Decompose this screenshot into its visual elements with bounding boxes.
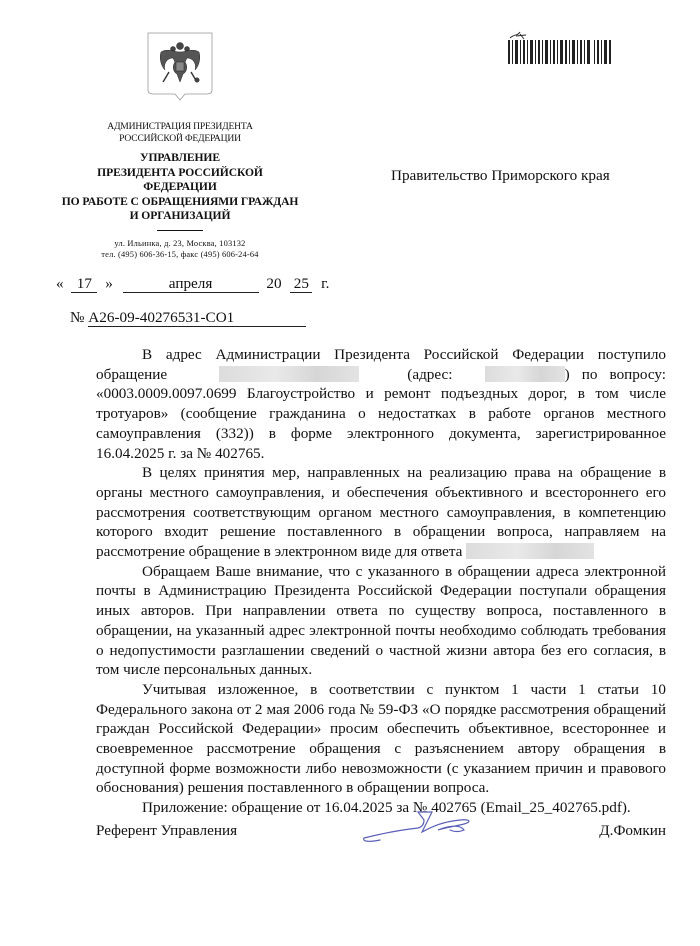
signer-name: Д.Фомкин <box>599 822 666 840</box>
date-open-quote: « <box>56 275 64 293</box>
document-date: « 17 » апреля 20 25 г. <box>56 275 329 293</box>
redacted-email <box>485 366 565 382</box>
org-address-line1: ул. Ильинка, д. 23, Москва, 103132 <box>60 238 300 249</box>
date-month: апреля <box>123 275 259 293</box>
paragraph-4: Учитывая изложенное, в соответствии с пу… <box>96 680 666 798</box>
handwritten-signature-icon <box>360 808 480 844</box>
org-main-line1: УПРАВЛЕНИЕ <box>60 151 300 166</box>
barcode-icon <box>506 30 614 64</box>
paragraph-1: В адрес Администрации Президента Российс… <box>96 345 666 463</box>
russian-coat-of-arms-icon <box>147 32 213 102</box>
date-century: 20 <box>266 275 281 293</box>
recipient: Правительство Приморского края <box>391 167 610 185</box>
date-year: 25 <box>290 275 312 293</box>
registration-value: А26-09-40276531-СО1 <box>88 309 306 327</box>
signer-position: Референт Управления <box>96 822 237 840</box>
divider <box>157 230 203 231</box>
letterhead: АДМИНИСТРАЦИЯ ПРЕЗИДЕНТА РОССИЙСКОЙ ФЕДЕ… <box>60 121 300 260</box>
date-day: 17 <box>71 275 97 293</box>
date-close-quote: » <box>105 275 113 293</box>
date-suffix: г. <box>321 275 329 293</box>
org-top-line2: РОССИЙСКОЙ ФЕДЕРАЦИИ <box>60 133 300 145</box>
registration-number: № А26-09-40276531-СО1 <box>70 309 306 327</box>
letter-body: В адрес Администрации Президента Российс… <box>96 345 666 818</box>
org-main-line4: И ОРГАНИЗАЦИЙ <box>60 209 300 224</box>
paragraph-3: Обращаем Ваше внимание, что с указанного… <box>96 562 666 680</box>
org-main-line2: ПРЕЗИДЕНТА РОССИЙСКОЙ ФЕДЕРАЦИИ <box>60 166 300 195</box>
registration-prefix: № <box>70 309 85 326</box>
org-address-line2: тел. (495) 606-36-15, факс (495) 606-24-… <box>60 249 300 260</box>
org-top-line1: АДМИНИСТРАЦИЯ ПРЕЗИДЕНТА <box>60 121 300 133</box>
org-main-line3: ПО РАБОТЕ С ОБРАЩЕНИЯМИ ГРАЖДАН <box>60 195 300 210</box>
paragraph-2: В целях принятия мер, направленных на ре… <box>96 463 666 562</box>
redacted-recipient <box>466 543 594 559</box>
redacted-author-name <box>219 366 359 382</box>
paragraph-1-text-b: (адрес: <box>407 366 452 383</box>
paragraph-1-text-c: ) по вопросу: «0003.0009.0097.0699 Благо… <box>96 366 666 462</box>
